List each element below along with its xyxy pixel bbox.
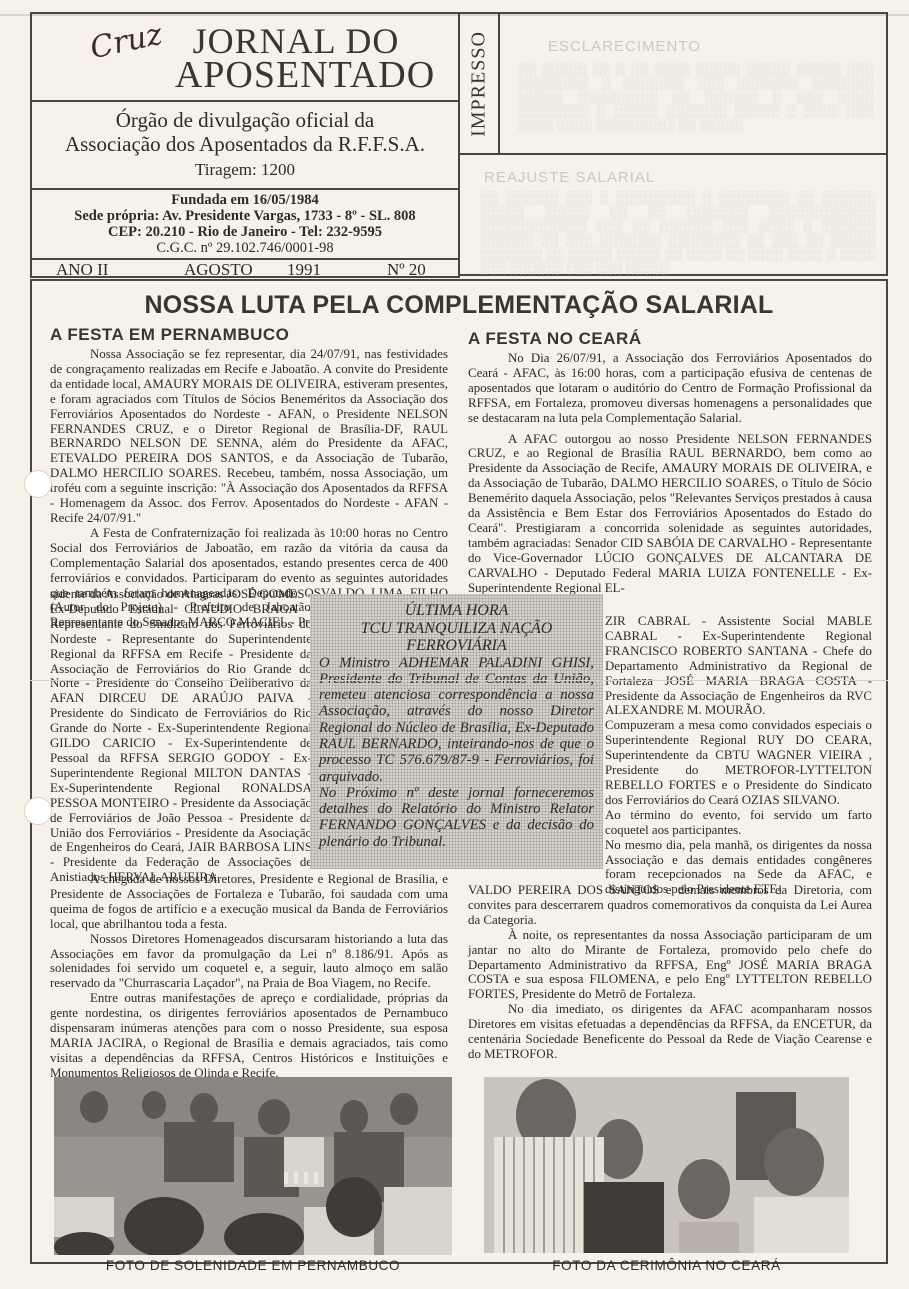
subtitle-line1: Órgão de divulgação oficial da	[32, 108, 458, 132]
paragraph: Entre outras manifestações de apreço e c…	[50, 991, 448, 1080]
left-article-title: A FESTA EM PERNAMBUCO	[50, 325, 289, 345]
bleed-through-box-1: ESCLARECIMENTO ░░ ░░░░░ ░░ ░ ░░ ░░░░ ░░░…	[498, 12, 888, 155]
issue-year: ANO II	[56, 262, 108, 278]
paragraph: VALDO PEREIRA DOS SANTOS e demais membro…	[468, 883, 872, 928]
issue-yearnum: 1991	[287, 262, 321, 278]
photo-pernambuco	[54, 1077, 452, 1255]
masthead-info-block: Fundada em 16/05/1984 Sede própria: Av. …	[32, 188, 458, 260]
left-article-narrow: sidente da Associação de Alagoas JOSÉ GO…	[50, 587, 312, 885]
photo-ceara	[484, 1077, 849, 1253]
breaking-news-callout: ÚLTIMA HORA TCU TRANQUILIZA NAÇÃO FERROV…	[310, 594, 603, 869]
issue-month: AGOSTO	[184, 262, 253, 278]
callout-title: TCU TRANQUILIZA NAÇÃO FERROVIÁRIA	[319, 620, 594, 655]
fold-line	[30, 680, 888, 681]
paragraph: A AFAC outorgou ao nosso Presidente NELS…	[468, 432, 872, 596]
masthead: Cruz JORNAL DO APOSENTADO Órgão de divul…	[30, 12, 460, 278]
issue-number: Nº 20	[387, 262, 426, 278]
masthead-title-block: Cruz JORNAL DO APOSENTADO	[32, 14, 458, 102]
paragraph: Compuzeram a mesa como convidados especi…	[605, 718, 872, 807]
bleed-through-box-2: REAJUSTE SALARIAL ░░ ░░░░░░ ░░░ ░ ░░░░░░…	[458, 153, 888, 276]
paragraph: sidente da Associação de Alagoas JOSÉ GO…	[50, 587, 312, 885]
callout-body-1: O Ministro ADHEMAR PALADINI GHISI, Presi…	[319, 655, 594, 785]
right-article-top: No Dia 26/07/91, a Associação dos Ferrov…	[468, 351, 872, 596]
right-article-title: A FESTA NO CEARÁ	[468, 329, 642, 349]
photo-caption-ceara: FOTO DA CERIMÔNIA NO CEARÁ	[484, 1258, 849, 1273]
callout-body-2: No Próximo nº deste jornal forneceremos …	[319, 785, 594, 850]
right-article-narrow: ZIR CABRAL - Assistente Social MABLE CAB…	[605, 614, 872, 897]
cgc-number: C.G.C. nº 29.102.746/0001-98	[32, 240, 458, 256]
paragraph: ZIR CABRAL - Assistente Social MABLE CAB…	[605, 614, 872, 718]
bleed-heading-2: REAJUSTE SALARIAL	[484, 169, 655, 186]
newspaper-title-line1: JORNAL DO	[32, 26, 458, 57]
bleed-text-1: ░░ ░░░░░ ░░ ░ ░░ ░░░░ ░░░░░ ░░░░░ ░░░░░ …	[518, 62, 873, 132]
paragraph: No dia imediato, os dirigentes da AFAC a…	[468, 1002, 872, 1062]
paragraph: Nossos Diretores Homenageados discursara…	[50, 932, 448, 992]
subtitle-line2: Associação dos Aposentados da R.F.F.S.A.	[32, 132, 458, 156]
issue-line: ANO II AGOSTO 1991 Nº 20	[32, 262, 458, 278]
bleed-text-2: ░░ ░░░░░░ ░░░ ░ ░░░░░░░░░ ░ ░░░░░░░░ ░░ …	[480, 191, 875, 275]
paragraph: Nossa Associação se fez representar, dia…	[50, 347, 448, 526]
impresso-label: IMPRESSO	[468, 31, 491, 137]
founded-date: Fundada em 16/05/1984	[32, 192, 458, 208]
masthead-subtitle-block: Órgão de divulgação oficial da Associaçã…	[32, 100, 458, 190]
paragraph: Ao término do evento, foi servido um far…	[605, 808, 872, 838]
punch-hole	[24, 470, 52, 498]
newspaper-page: Cruz JORNAL DO APOSENTADO Órgão de divul…	[0, 0, 909, 1289]
impresso-stamp: IMPRESSO	[458, 12, 500, 155]
left-article-bottom: A chegada de nossos Diretores, President…	[50, 872, 448, 1081]
paragraph: À noite, os representantes da nossa Asso…	[468, 928, 872, 1003]
circulation: Tiragem: 1200	[32, 160, 458, 180]
bleed-heading-1: ESCLARECIMENTO	[548, 38, 701, 55]
address: Sede própria: Av. Presidente Vargas, 173…	[32, 208, 458, 224]
page-headline: NOSSA LUTA PELA COMPLEMENTAÇÃO SALARIAL	[32, 291, 886, 320]
paragraph: No Dia 26/07/91, a Associação dos Ferrov…	[468, 351, 872, 426]
punch-hole	[24, 797, 52, 825]
paragraph: A chegada de nossos Diretores, President…	[50, 872, 448, 932]
callout-kicker: ÚLTIMA HORA	[319, 602, 594, 620]
newspaper-title-line2: APOSENTADO	[32, 60, 458, 91]
right-article-bottom: VALDO PEREIRA DOS SANTOS e demais membro…	[468, 883, 872, 1062]
contact: CEP: 20.210 - Rio de Janeiro - Tel: 232-…	[32, 224, 458, 240]
photo-caption-pernambuco: FOTO DE SOLENIDADE EM PERNAMBUCO	[54, 1258, 452, 1273]
